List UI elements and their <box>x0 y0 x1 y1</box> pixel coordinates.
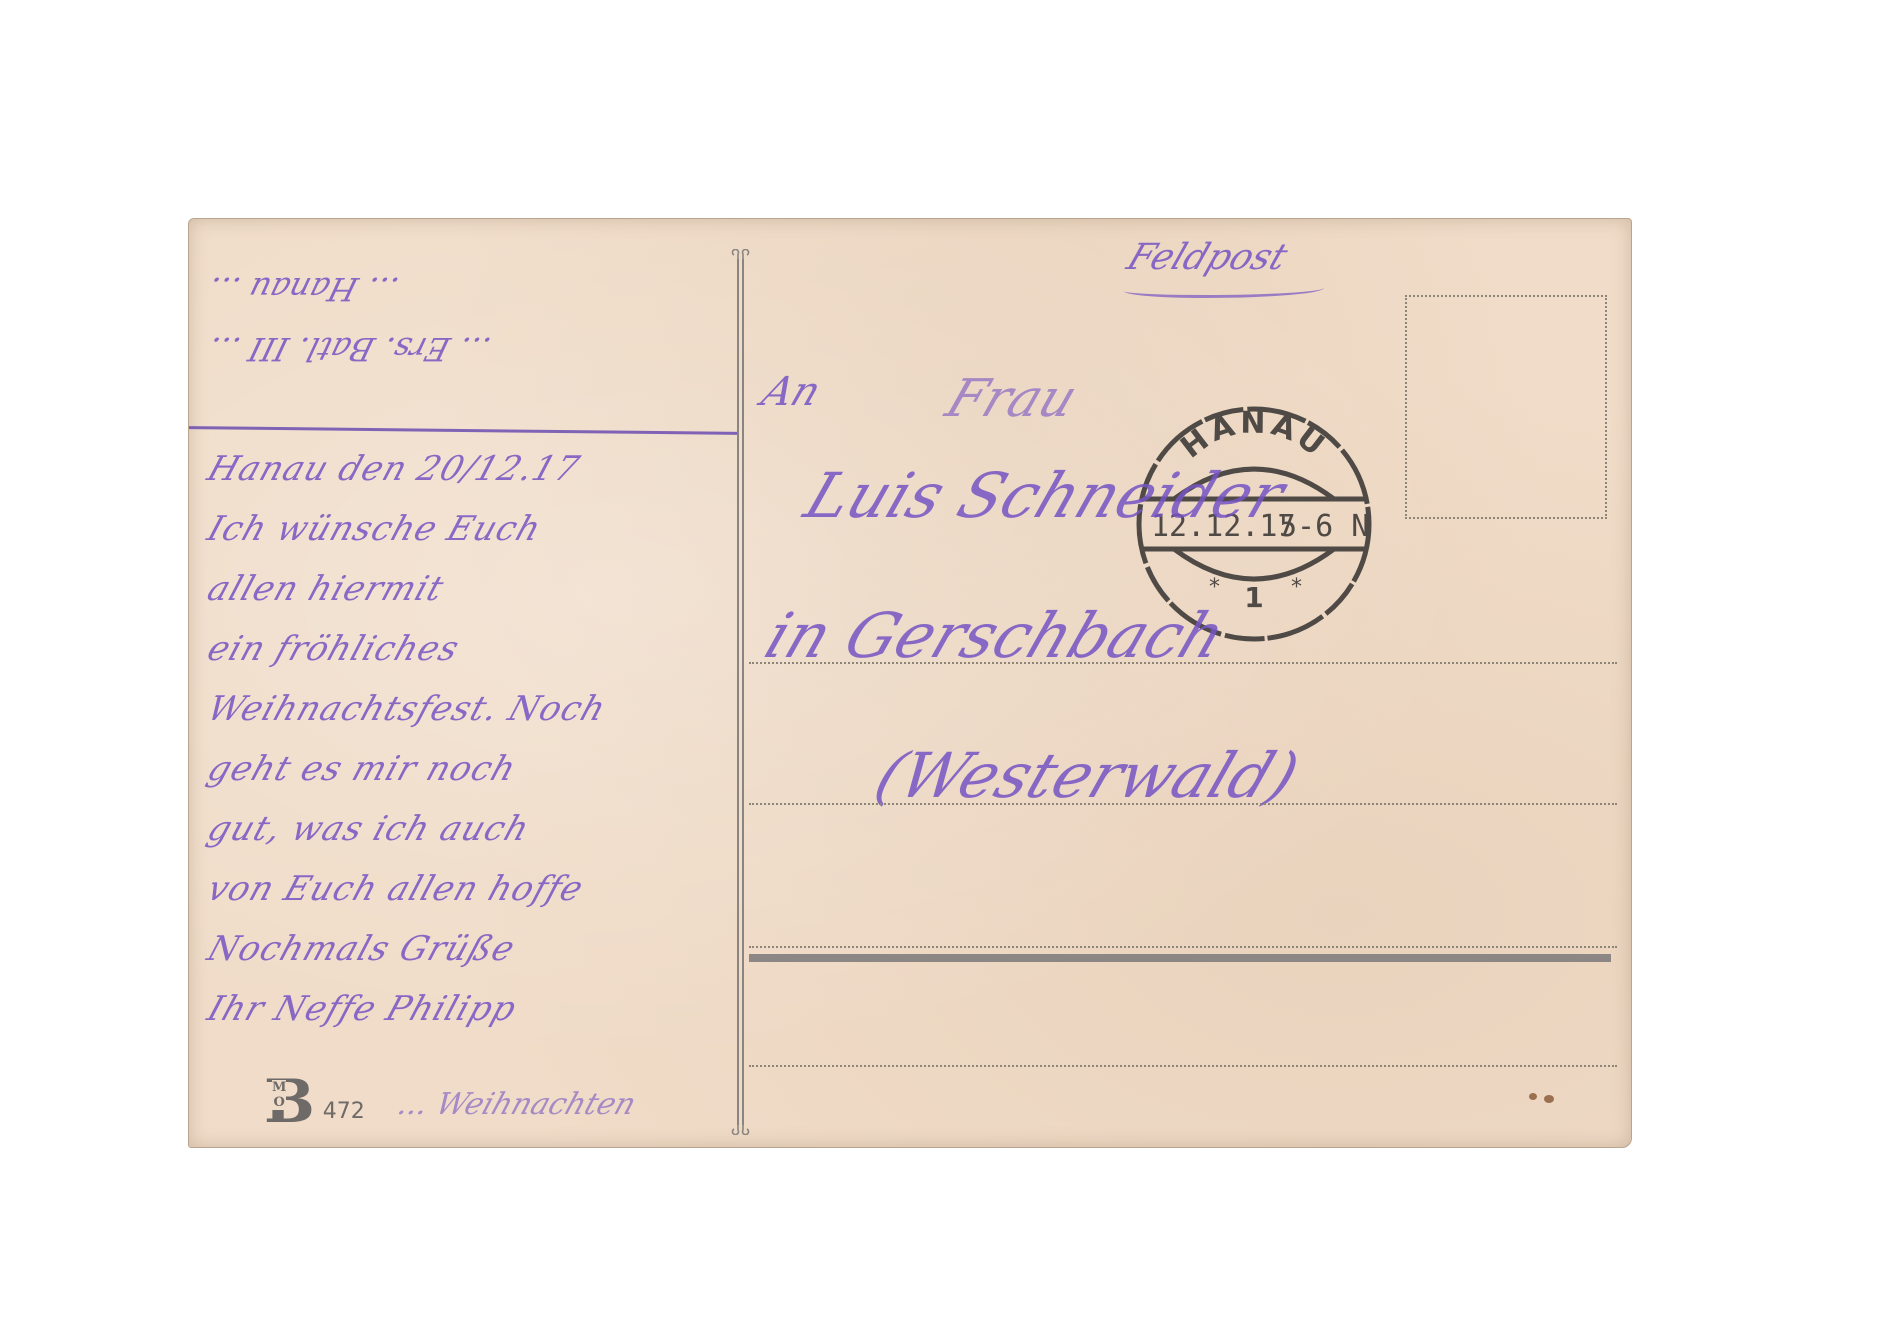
address-region: (Westerwald) <box>866 739 1309 812</box>
stain <box>1544 1095 1554 1103</box>
publisher-number: 472 <box>323 1099 365 1124</box>
address-line <box>749 803 1617 805</box>
message-line: geht es mir noch <box>199 739 738 799</box>
message-line: allen hiermit <box>199 559 738 619</box>
message-line: Nochmals Grüße <box>199 919 738 979</box>
address-line <box>749 662 1617 664</box>
message-line: gut, was ich auch <box>199 799 738 859</box>
divider-curl-icon <box>731 1123 751 1135</box>
address-line <box>749 946 1617 948</box>
svg-text:*: * <box>1291 575 1302 600</box>
address-recipient-title: Frau <box>938 369 1085 429</box>
message-line: Ich wünsche Euch <box>199 499 738 559</box>
postcard: ... Hanau ... ... Ers. Batl. III ... Han… <box>188 218 1632 1148</box>
divider-curl-icon <box>731 249 751 261</box>
postmark-office: 1 <box>1244 581 1263 614</box>
svg-text:*: * <box>1209 575 1220 600</box>
message-line: von Euch allen hoffe <box>199 859 738 919</box>
publisher-logo-icon: B MO <box>264 1074 315 1130</box>
message-divider-stroke <box>189 426 739 435</box>
address-thick-rule <box>749 954 1611 962</box>
message-line: Weihnachtsfest. Noch <box>199 679 738 739</box>
svg-text:HANAU: HANAU <box>1174 406 1333 466</box>
message-line: Hanau den 20/12.17 <box>199 439 738 499</box>
sender-note-line: ... Ers. Batl. III ... <box>201 319 1317 379</box>
stamp-box <box>1405 295 1607 519</box>
message-line: Ihr Neffe Philipp <box>199 979 738 1039</box>
message-line: ein fröhliches <box>199 619 738 679</box>
publisher-mark: B MO 472 <box>264 1074 365 1130</box>
address-recipient-name: Luis Schneider <box>796 459 1295 532</box>
message-line: ... Weihnachten <box>393 1087 640 1122</box>
address-line <box>749 1065 1617 1067</box>
postmark-time: 5-6 N <box>1279 509 1369 544</box>
postmark-city: HANAU <box>1174 406 1333 466</box>
handwritten-message: Hanau den 20/12.17 Ich wünsche Euch alle… <box>209 439 729 1039</box>
feldpost-note: Feldpost <box>1122 237 1293 278</box>
center-divider <box>737 253 745 1131</box>
stain <box>1529 1093 1537 1100</box>
